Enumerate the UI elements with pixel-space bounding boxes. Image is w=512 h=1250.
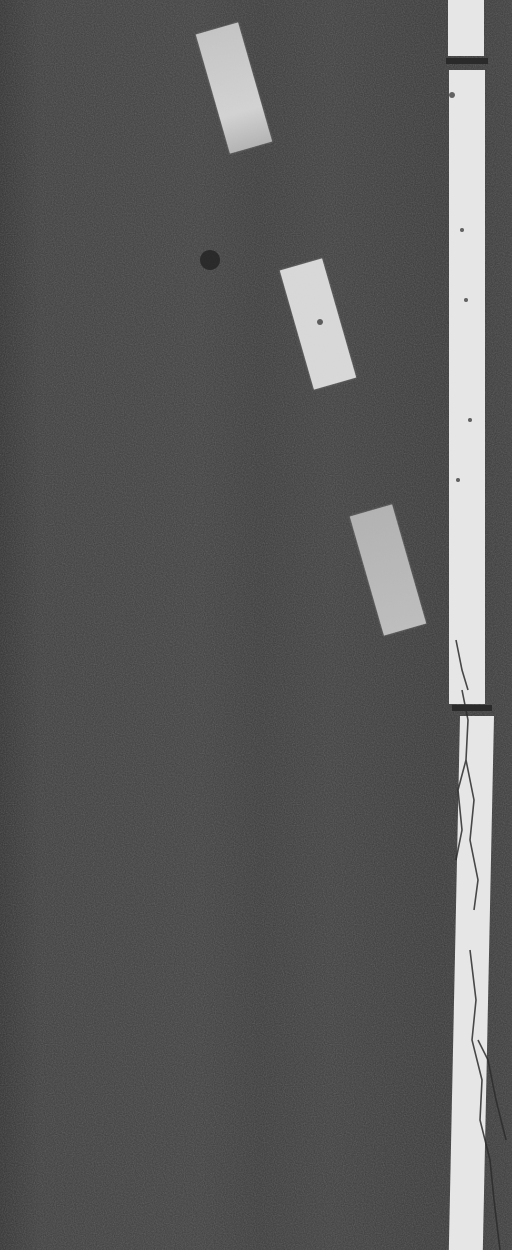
pavement-cracks: [0, 0, 512, 1250]
road-surface: [0, 0, 512, 1250]
